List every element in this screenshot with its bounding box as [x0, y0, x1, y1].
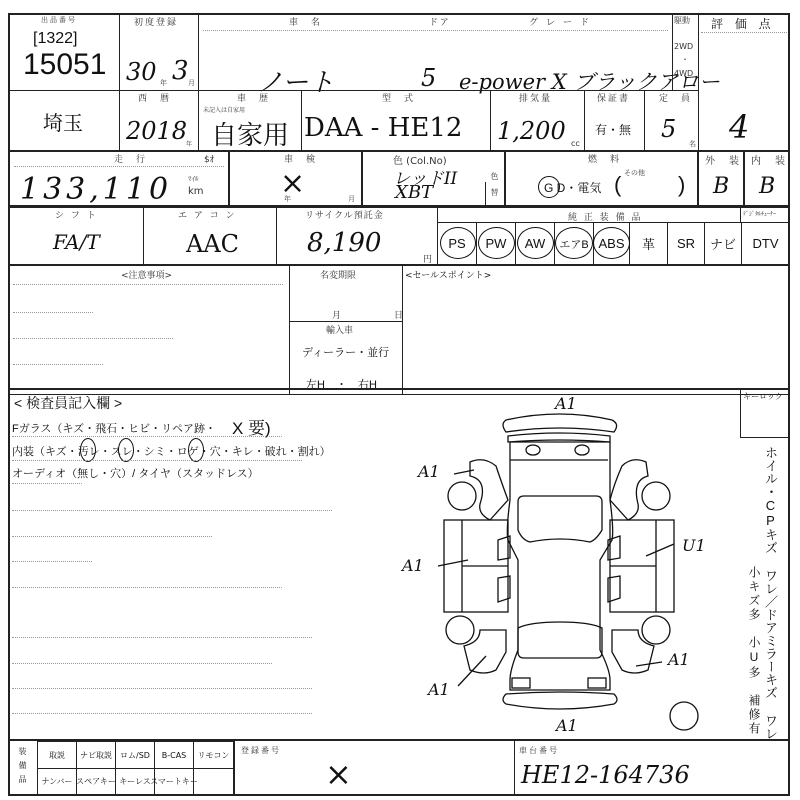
western-year-cell: 西 暦 2018 年	[119, 90, 199, 151]
chassis-label: 車台番号	[519, 745, 559, 756]
acc-number-plate[interactable]: ナンバー	[37, 768, 77, 795]
lot-cell: 出品番号 [1322] 15051	[8, 13, 120, 91]
equip-navi-label: ナビ	[710, 234, 736, 253]
acc-navi-manual-label: ナビ取説	[80, 750, 112, 761]
shift-value: FA/T	[53, 230, 100, 254]
acc-navi-manual[interactable]: ナビ取説	[76, 741, 116, 769]
inspector-rule-c	[12, 561, 92, 562]
inspection-month-unit: 月	[348, 194, 357, 204]
equip-dtv[interactable]: DTV	[741, 223, 789, 264]
interior-cell: 内 装 B	[743, 150, 790, 207]
year-unit: 年	[160, 78, 169, 88]
exterior-label: 外 装	[705, 152, 741, 167]
inspector-rule-f	[12, 663, 272, 664]
exterior-cell: 外 装 B	[697, 150, 745, 207]
inspector-rule-d	[12, 587, 282, 588]
equipment-row: PS PW AW エアB ABS 革 SR ナビ DTV	[438, 223, 789, 264]
displacement-label: 排気量	[519, 91, 552, 104]
tire-check-circle	[670, 702, 698, 730]
car-name-cell: 車 名 ドア グレード ノート 5 e-power X ブラックアロー	[198, 13, 673, 91]
audio-tire-line: オーディオ（無し・穴）/ タイヤ（スタッドレス）	[12, 465, 259, 481]
inspection-cell: 車 検 × 年 月	[228, 150, 363, 207]
score-label: 評 価 点	[711, 15, 775, 32]
caution-rule-2	[13, 312, 93, 313]
mark-right-doors: U1	[682, 536, 706, 555]
interior-line: 内装（キズ・汚レ・スレ・シミ・ロゲ・穴・キレ・破れ・割れ）	[12, 443, 331, 459]
capacity-unit: 名	[689, 139, 698, 149]
mileage-rule	[14, 166, 224, 167]
equip-navi[interactable]: ナビ	[704, 223, 741, 264]
inspector-rule-h	[12, 713, 312, 714]
mileage-label: 走 行	[114, 152, 147, 165]
interior-mark-2	[118, 438, 134, 462]
exterior-grade: B	[713, 174, 729, 199]
interior-label: 内 装	[751, 152, 787, 167]
name-change-cell: 名変期限 月 日	[289, 265, 403, 322]
acc-bcas-label: B-CAS	[162, 751, 187, 760]
lot-code: [1322]	[33, 30, 77, 48]
interior-grade: B	[759, 174, 775, 199]
registration-number-cell: 登録番号 ×	[234, 740, 515, 796]
acc-number-plate-label: ナンバー	[41, 776, 72, 787]
rear-bumper-shape	[503, 692, 617, 709]
equip-aw-circle	[517, 227, 554, 259]
score-rule	[701, 32, 787, 33]
mark-rear-right-quarter: A1	[668, 650, 690, 669]
history-label: 車 歴	[237, 91, 270, 104]
score-value: 4	[729, 108, 749, 146]
color-code: XBT	[395, 182, 433, 203]
key-lock-label: キーロック	[743, 391, 783, 402]
rear-left-wheel	[446, 616, 474, 644]
import-label: 輸入車	[326, 323, 353, 336]
rear-right-wheel	[642, 616, 670, 644]
equip-abs-circle	[593, 227, 630, 259]
color-cell: 色 (Col.No) レッドII XBT 色替	[361, 150, 506, 207]
western-year: 2018	[126, 117, 187, 145]
km-unit: km	[188, 186, 204, 197]
lot-label: 出品番号	[41, 15, 77, 25]
model-cell: 型 式 DAA - HE12	[301, 90, 491, 151]
acc-blank	[193, 768, 234, 795]
accessories-label: 装備品	[17, 747, 28, 789]
equip-dtv-label: DTV	[753, 236, 779, 251]
capacity-cell: 定 員 5 名	[644, 90, 699, 151]
caution-section: <注意事項>	[8, 265, 290, 395]
chassis-number-cell: 車台番号 HE12-164736	[514, 740, 790, 796]
score-cell: 評 価 点 4	[698, 13, 790, 151]
acc-spare-key[interactable]: スペアキー	[76, 768, 116, 795]
acc-keyless[interactable]: キーレス	[115, 768, 155, 795]
inspector-rule-a	[12, 510, 332, 511]
displacement-value: 1,200	[497, 117, 566, 145]
reg-number-value: ×	[325, 755, 352, 793]
western-year-unit: 年	[186, 139, 194, 148]
acc-remote-label: リモコン	[198, 750, 230, 761]
drive-4wd: 4WD	[674, 69, 693, 78]
acc-remote[interactable]: リモコン	[193, 741, 234, 769]
caution-label: <注意事項>	[121, 268, 172, 281]
caution-rule-4	[13, 364, 103, 365]
accessories-section: 装備品 取説 ナビ取説 ロム/SD B-CAS リモコン ナンバー スペアキー …	[8, 740, 235, 796]
aircon-value: AAC	[186, 230, 239, 258]
sales-point-label: <セールスポイント>	[405, 268, 491, 281]
fuel-cell: 燃 料 G D・電気 その他 ( )	[504, 150, 699, 207]
first-registration-cell: 初度登録 30 年 3 月	[119, 13, 199, 91]
aircon-cell: エ ア コ ン AAC	[143, 207, 277, 265]
mileage-cell: 走 行 $ｵ 133,110 ﾏｲﾙ km	[8, 150, 230, 207]
acc-keyless-label: キーレス	[119, 776, 151, 787]
lot-number: 15051	[23, 48, 106, 82]
key-lock-box: キーロック	[740, 388, 790, 438]
door-label: ドア	[429, 15, 451, 28]
tuner-header: ﾃﾞｼﾞﾀﾙﾁｭｰﾅｰ	[740, 208, 789, 222]
header-dotted-rule	[203, 30, 668, 31]
mark-rear-left-quarter: A1	[428, 680, 450, 699]
drive-cell: 駆動 2WD ・ 4WD	[672, 13, 699, 91]
mark-front-bumper: A1	[555, 394, 577, 413]
glass-line: Fガラス（キズ・飛石・ヒビ・リペア跡・	[12, 420, 216, 436]
import-dealer: ディーラー・並行	[302, 344, 389, 360]
first-reg-month: 3	[172, 56, 189, 86]
rear-window-shape	[518, 622, 602, 658]
interior-rule	[12, 460, 302, 461]
audio-rule	[12, 483, 82, 484]
western-year-label: 西 暦	[138, 91, 171, 104]
capacity-label: 定 員	[659, 91, 692, 104]
drive-dot: ・	[681, 54, 691, 65]
equip-airbag-circle	[555, 227, 593, 259]
acc-spare-key-label: スペアキー	[76, 776, 116, 787]
acc-manual[interactable]: 取説	[37, 741, 77, 769]
model-value: DAA - HE12	[304, 113, 462, 143]
caution-rule-1	[13, 284, 283, 285]
acc-rom-sd[interactable]: ロム/SD	[115, 741, 155, 769]
fuel-label: 燃 料	[588, 152, 621, 165]
mark-rear-bumper: A1	[556, 716, 578, 735]
color-change-label: 色替	[489, 172, 500, 204]
windshield-shape	[518, 496, 602, 542]
history-note: 未記入は自家用	[203, 105, 245, 114]
equip-sunroof[interactable]: SR	[667, 223, 704, 264]
warranty-cell: 保証書 有・無	[584, 90, 645, 151]
shift-label: シ フ ト	[55, 208, 98, 221]
inspector-title: < 検査員記入欄 >	[14, 393, 122, 413]
model-label: 型 式	[382, 91, 415, 104]
door-count: 5	[421, 64, 436, 92]
car-body-outline	[507, 442, 612, 690]
equip-leather[interactable]: 革	[629, 223, 667, 264]
caution-rule-3	[13, 338, 173, 339]
mileage-value: 133,110	[20, 172, 172, 207]
first-reg-label: 初度登録	[134, 15, 178, 28]
recycle-cell: リサイクル預託金 8,190 円	[276, 207, 438, 265]
mile-unit: ﾏｲﾙ	[188, 174, 199, 184]
name-change-label: 名変期限	[320, 268, 356, 281]
mileage-flag: $ｵ	[204, 152, 214, 165]
interior-mark-1	[80, 438, 96, 462]
side-legend: ホイル・CPキズ ワレ／ドアミラーキズ ワレ	[764, 446, 777, 740]
interior-mark-3	[188, 438, 204, 462]
region-value: 埼玉	[43, 107, 83, 136]
mark-front-left-fender: A1	[418, 462, 440, 481]
reg-number-label: 登録番号	[241, 745, 281, 756]
history-cell: 車 歴 未記入は自家用 自家用	[198, 90, 302, 151]
capacity-value: 5	[661, 115, 676, 143]
fuel-options: G D・電気	[544, 179, 601, 196]
import-cell: 輸入車 ディーラー・並行 左H ・ 右H	[289, 321, 403, 395]
acc-manual-label: 取説	[49, 750, 65, 761]
drive-2wd: 2WD	[674, 42, 693, 51]
front-left-wheel	[448, 482, 476, 510]
equip-ps-circle	[440, 227, 476, 259]
warranty-value: 有・無	[595, 121, 631, 138]
recycle-label: リサイクル預託金	[305, 208, 384, 221]
acc-bcas[interactable]: B-CAS	[154, 741, 194, 769]
equip-pw-circle	[478, 227, 515, 259]
acc-rom-sd-label: ロム/SD	[120, 750, 150, 761]
inspector-rule-b	[12, 536, 212, 537]
inspection-label: 車 検	[284, 152, 317, 165]
grade-label: グレード	[529, 15, 597, 28]
drive-label: 駆動	[674, 15, 690, 26]
color-divider	[485, 182, 486, 206]
acc-smart-key-label: スマートキー	[150, 776, 198, 787]
tuner-label: ﾃﾞｼﾞﾀﾙﾁｭｰﾅｰ	[743, 209, 776, 218]
mark-left-doors: A1	[402, 556, 424, 575]
front-bumper-shape	[503, 414, 617, 432]
front-right-wheel	[642, 482, 670, 510]
shift-cell: シ フ ト FA/T	[8, 207, 144, 265]
side-legend-2: 小キズ多 小U多 補修有	[748, 566, 760, 736]
equip-sunroof-label: SR	[677, 236, 695, 251]
recycle-value: 8,190	[307, 228, 381, 258]
car-name-label: 車 名	[289, 15, 322, 28]
history-value: 自家用	[211, 115, 289, 152]
region-cell: 埼玉	[8, 90, 120, 151]
month-unit: 月	[188, 78, 197, 88]
yen-unit: 円	[423, 252, 432, 265]
acc-smart-key[interactable]: スマートキー	[154, 768, 194, 795]
equipment-cell: 純 正 装 備 品 ﾃﾞｼﾞﾀﾙﾁｭｰﾅｰ PS PW AW エアB ABS 革…	[437, 207, 790, 265]
aircon-label: エ ア コ ン	[178, 208, 237, 221]
fuel-other-label: その他	[624, 168, 645, 178]
inspector-rule-e	[12, 637, 312, 638]
sales-point-section: <セールスポイント>	[402, 265, 790, 395]
inspector-rule-g	[12, 688, 312, 689]
name-change-month: 月	[332, 308, 343, 321]
warranty-label: 保証書	[597, 91, 630, 104]
fuel-paren-open: (	[614, 172, 621, 198]
fuel-paren-close: )	[678, 172, 685, 198]
chassis-value: HE12-164736	[521, 761, 690, 789]
displacement-cell: 排気量 1,200 cc	[490, 90, 585, 151]
cc-unit: cc	[571, 139, 580, 148]
glass-rule	[12, 436, 282, 437]
inspection-year-unit: 年	[284, 194, 293, 204]
equip-leather-label: 革	[642, 234, 655, 253]
first-reg-year: 30	[126, 58, 157, 86]
